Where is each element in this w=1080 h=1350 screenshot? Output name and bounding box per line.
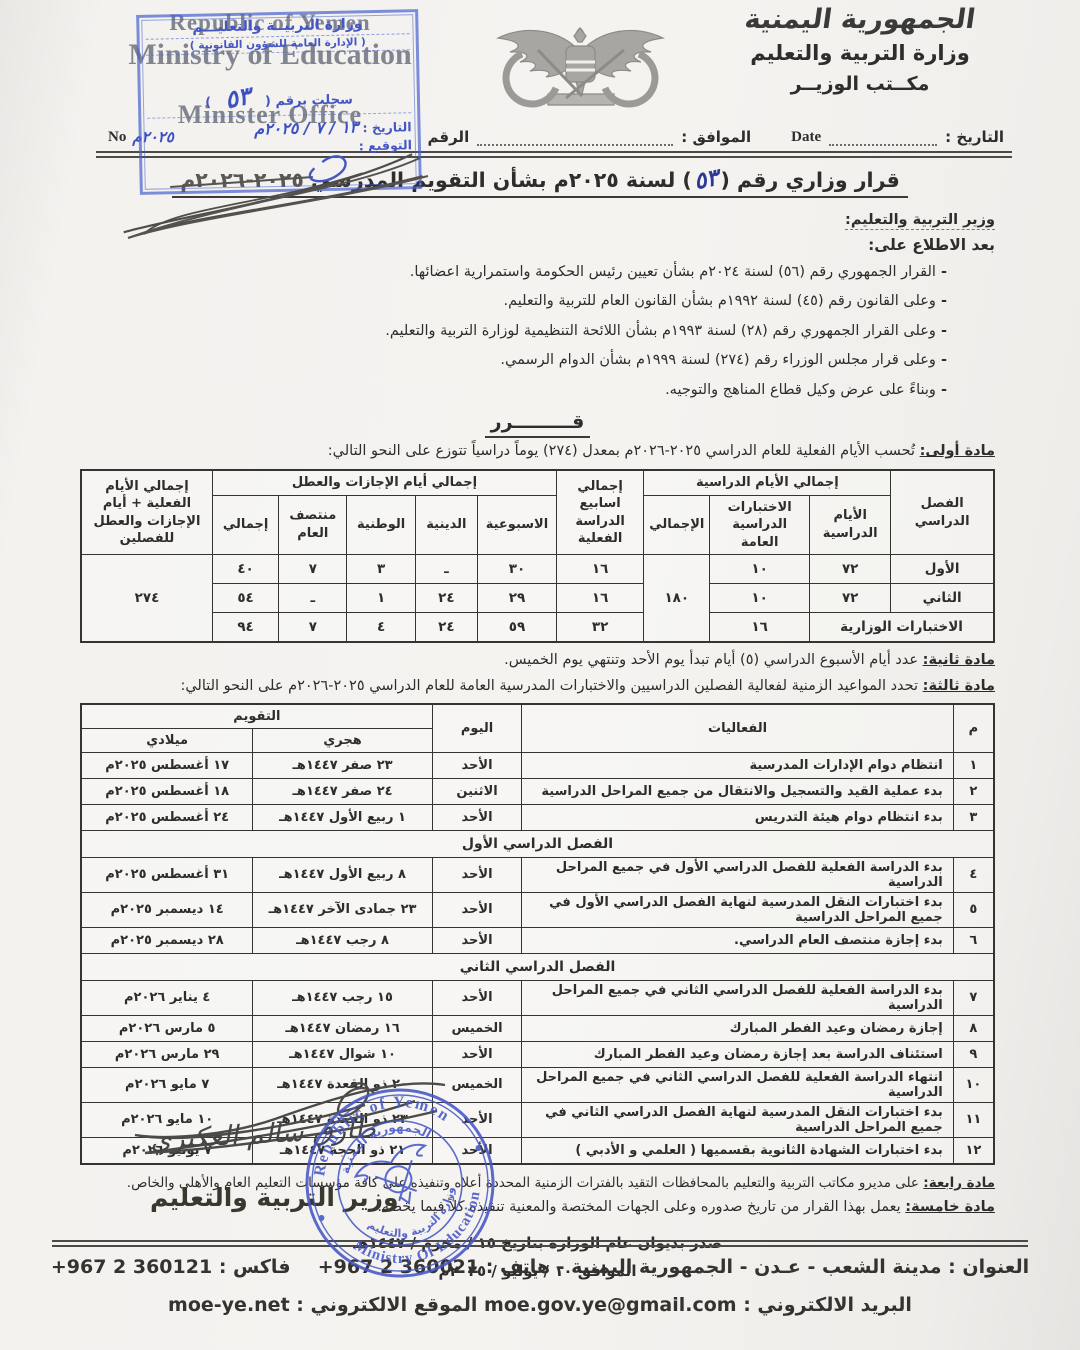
attendance-table: الفصل الدراسي إجمالي الأيام الدراسية إجم… (80, 469, 995, 643)
dateline-no-label: No (108, 129, 126, 146)
colgroup-calendar: التقويم (81, 704, 432, 729)
dateline-corresponding-dots (477, 130, 673, 146)
schedule-cell-num: ٦ (953, 927, 994, 953)
cell-religious: ـ (415, 555, 477, 584)
schedule-cell-hijri: ١ ربيع الأول ١٤٤٧هـ (253, 804, 432, 830)
schedule-cell-hijri: ٨ ربيع الأول ١٤٤٧هـ (253, 857, 432, 892)
cell-religious: ٢٤ (415, 584, 477, 613)
schedule-cell-day: الأحد (432, 892, 522, 927)
schedule-cell-hijri: ٢٣ صفر ١٤٤٧هـ (253, 752, 432, 778)
schedule-cell-num: ٧ (953, 980, 994, 1015)
schedule-cell-num: ٩ (953, 1041, 994, 1067)
dateline-date-dots (829, 130, 937, 146)
schedule-cell-greg: ١٧ أغسطس ٢٠٢٥م (81, 752, 253, 778)
col-num: م (953, 704, 994, 753)
minister-line: وزير التربية والتعليم: (845, 212, 995, 230)
cell-midyear: ٧ (279, 555, 347, 584)
cell-weeks: ٣٢ (556, 613, 643, 643)
col-grand-total: إجمالي الأيام الفعلية + أيام الإجازات وا… (81, 470, 212, 555)
colgroup-holidays: إجمالي أيام الإجازات والعطل (212, 470, 556, 495)
cell-grand-total: ٢٧٤ (81, 555, 212, 643)
cell-weekly: ٢٩ (477, 584, 556, 613)
schedule-section-label: الفصل الدراسي الأول (81, 830, 994, 857)
schedule-cell-hijri: ٢٣ جمادى الآخر ١٤٤٧هـ (253, 892, 432, 927)
attendance-header-row-1: الفصل الدراسي إجمالي الأيام الدراسية إجم… (81, 470, 994, 495)
attendance-header-row-2: الأيام الدراسية الاختبارات الدراسية العا… (81, 495, 994, 555)
registry-date-label: التاريخ : (362, 119, 411, 135)
schedule-row: ٩استئناف الدراسة بعد إجازة رمضان وعيد ال… (81, 1041, 994, 1067)
schedule-cell-num: ٤ (953, 857, 994, 892)
cell-midyear: ـ (279, 584, 347, 613)
schedule-cell-activity: انتظام دوام الإدارات المدرسية (522, 752, 953, 778)
schedule-cell-day: الاثنين (432, 778, 522, 804)
article-two: مادة ثانية: عدد أيام الأسبوع الدراسي (٥)… (80, 650, 995, 672)
schedule-cell-day: الأحد (432, 927, 522, 953)
schedule-header-row-1: م الفعاليات اليوم التقويم (81, 704, 994, 729)
cell-semesters-total: ١٨٠ (644, 555, 710, 643)
decree-number-handwritten: ٥٣ (691, 165, 721, 196)
cell-midyear: ٧ (279, 613, 347, 643)
schedule-row: ٣بدء انتظام دوام هيئة التدريسالأحد١ ربيع… (81, 804, 994, 830)
schedule-cell-num: ٢ (953, 778, 994, 804)
col-study-days: الأيام الدراسية (810, 495, 891, 555)
article-three: مادة ثالثة: تحدد المواعيد الزمنية لفعالي… (80, 676, 995, 698)
registry-stamp-date-line: التاريخ : ١٣ / ٧ / ٢٠٢٥م (147, 112, 411, 141)
col-religious: الدينية (415, 495, 477, 555)
schedule-row: ٢بدء عملية القيد والتسجيل والانتقال من ج… (81, 778, 994, 804)
schedule-row: ٧بدء الدراسة الفعلية للفصل الدراسي الثان… (81, 980, 994, 1015)
attendance-row-ministerial-exams: الاختبارات الوزارية ١٦ ٣٢ ٥٩ ٢٤ ٤ ٧ ٩٤ (81, 613, 994, 643)
cell-religious: ٢٤ (415, 613, 477, 643)
schedule-cell-num: ١ (953, 752, 994, 778)
schedule-cell-day: الأحد (432, 1041, 522, 1067)
registered-close: ) (205, 95, 211, 110)
cell-exams: ١٦ (710, 613, 810, 643)
article-two-label: مادة ثانية: (923, 652, 995, 668)
letterhead-arabic: الجمهورية اليمنية وزارة التربية والتعليم… (710, 4, 1010, 95)
col-holiday-total: إجمالي (212, 495, 278, 555)
review-item: القرار الجمهوري رقم (٥٦) لسنة ٢٠٢٤م بشأن… (80, 261, 947, 283)
col-national: الوطنية (347, 495, 415, 555)
cell-national: ٤ (347, 613, 415, 643)
letterhead-ministry-ar: وزارة التربية والتعليم (710, 41, 1010, 65)
pen-swoosh (110, 150, 440, 245)
cell-study: ٧٢ (810, 584, 891, 613)
col-activities: الفعاليات (522, 704, 953, 753)
col-study-total: الإجمالي (644, 495, 710, 555)
article-three-label: مادة ثالثة: (923, 678, 995, 694)
schedule-cell-activity: بدء عملية القيد والتسجيل والانتقال من جم… (522, 778, 953, 804)
footer-site: moe-ye.net (168, 1294, 290, 1316)
schedule-cell-greg: ٣١ أغسطس ٢٠٢٥م (81, 857, 253, 892)
schedule-cell-num: ٥ (953, 892, 994, 927)
cell-weeks: ١٦ (556, 555, 643, 584)
letterhead-country-ar: الجمهورية اليمنية (708, 4, 1012, 35)
article-one-text: تُحسب الأيام الفعلية للعام الدراسي ٢٠٢٥-… (328, 443, 915, 459)
footer-contact-line: البريد الالكتروني : moe.gov.ye@gmail.com… (0, 1294, 1080, 1316)
attendance-row-second-semester: الثاني ٧٢ ١٠ ١٦ ٢٩ ٢٤ ١ ـ ٥٤ (81, 584, 994, 613)
schedule-cell-greg: ٢٩ مارس ٢٠٢٦م (81, 1041, 253, 1067)
article-one: مادة أولى: تُحسب الأيام الفعلية للعام ال… (80, 441, 995, 463)
footer-site-label: الموقع الالكتروني : (296, 1294, 477, 1316)
cell-weekly: ٥٩ (477, 613, 556, 643)
cell-exams: ١٠ (710, 584, 810, 613)
schedule-cell-activity: إجازة رمضان وعيد الفطر المبارك (522, 1015, 953, 1041)
dateline-date-en: Date (791, 129, 821, 146)
round-stamp-eagle (353, 1140, 443, 1218)
col-general-exams: الاختبارات الدراسية العامة (710, 495, 810, 555)
decree-document: Republic of Yemen Ministry of Education … (0, 0, 1080, 1350)
footer-email: moe.gov.ye@gmail.com (484, 1294, 737, 1316)
colgroup-study-days: إجمالي الأيام الدراسية (644, 470, 891, 495)
article-one-label: مادة أولى: (920, 443, 995, 459)
review-item: وعلى قرار مجلس الوزراء رقم (٢٧٤) لسنة ١٩… (80, 349, 947, 371)
schedule-cell-day: الأحد (432, 857, 522, 892)
attendance-row-first-semester: الأول ٧٢ ١٠ ١٨٠ ١٦ ٣٠ ـ ٣ ٧ ٤٠ ٢٧٤ (81, 555, 994, 584)
schedule-row: ١انتظام دوام الإدارات المدرسيةالأحد٢٣ صف… (81, 752, 994, 778)
schedule-cell-hijri: ٨ رجب ١٤٤٧هـ (253, 927, 432, 953)
registered-label: سجلت برقم ( (265, 92, 353, 109)
cell-study: ٧٢ (810, 555, 891, 584)
dateline-date-label: التاريخ : (945, 128, 1004, 146)
schedule-row: ٥بدء اختبارات النقل المدرسية لنهاية الفص… (81, 892, 994, 927)
cell-weeks: ١٦ (556, 584, 643, 613)
col-day: اليوم (432, 704, 522, 753)
schedule-cell-day: الأحد (432, 980, 522, 1015)
schedule-cell-hijri: ١٦ رمضان ١٤٤٧هـ (253, 1015, 432, 1041)
schedule-section-row: الفصل الدراسي الثاني (81, 953, 994, 980)
cell-holiday-total: ٩٤ (212, 613, 278, 643)
signature-block: طارق سالم العكبري وزير التربية والتعليم … (0, 1075, 1080, 1275)
schedule-cell-activity: بدء الدراسة الفعلية للفصل الدراسي الأول … (522, 857, 953, 892)
cell-national: ٣ (347, 555, 415, 584)
registry-stamp-number-line: سجلت برقم (٥٣) (147, 80, 412, 114)
schedule-cell-activity: بدء إجازة منتصف العام الدراسي. (522, 927, 953, 953)
cell-exams: ١٠ (710, 555, 810, 584)
schedule-cell-activity: بدء الدراسة الفعلية للفصل الدراسي الثاني… (522, 980, 953, 1015)
review-item: وعلى القانون رقم (٤٥) لسنة ١٩٩٢م بشأن ال… (80, 290, 947, 312)
review-list: القرار الجمهوري رقم (٥٦) لسنة ٢٠٢٤م بشأن… (80, 261, 995, 401)
registry-date-handwritten: ١٣ / ٧ / ٢٠٢٥م (254, 117, 358, 138)
schedule-row: ٨إجازة رمضان وعيد الفطر المباركالخميس١٦ … (81, 1015, 994, 1041)
schedule-cell-hijri: ١٠ شوال ١٤٤٧هـ (253, 1041, 432, 1067)
footer-email-label: البريد الالكتروني : (743, 1294, 912, 1316)
letterhead-office-ar: مكــتب الوزيــر (710, 73, 1010, 95)
schedule-cell-greg: ٤ يناير ٢٠٢٦م (81, 980, 253, 1015)
cell-weekly: ٣٠ (477, 555, 556, 584)
cell-holiday-total: ٥٤ (212, 584, 278, 613)
schedule-cell-day: الخميس (432, 1015, 522, 1041)
col-gregorian: ميلادي (81, 728, 253, 752)
schedule-cell-greg: ٢٨ ديسمبر ٢٠٢٥م (81, 927, 253, 953)
schedule-cell-activity: بدء اختبارات النقل المدرسية لنهاية الفصل… (522, 892, 953, 927)
article-three-text: تحدد المواعيد الزمنية لفعالية الفصلين ال… (180, 678, 918, 694)
schedule-row: ٤بدء الدراسة الفعلية للفصل الدراسي الأول… (81, 857, 994, 892)
schedule-cell-day: الأحد (432, 752, 522, 778)
schedule-cell-activity: استئناف الدراسة بعد إجازة رمضان وعيد الف… (522, 1041, 953, 1067)
ministry-round-stamp: Republic of Yemen Ministry Of Education … (300, 1083, 500, 1283)
schedule-section-row: الفصل الدراسي الأول (81, 830, 994, 857)
decree-title-prefix: قرار وزاري رقم ( (721, 168, 900, 192)
article-two-text: عدد أيام الأسبوع الدراسي (٥) أيام تبدأ ي… (504, 652, 918, 668)
cell-holiday-total: ٤٠ (212, 555, 278, 584)
col-weeks: إجمالي اسابيع الدراسة الفعلية (556, 470, 643, 555)
yemen-eagle-emblem (478, 10, 683, 128)
dateline-corresponding-label: الموافق : (681, 128, 751, 146)
schedule-cell-greg: ١٤ ديسمبر ٢٠٢٥م (81, 892, 253, 927)
schedule-cell-day: الأحد (432, 804, 522, 830)
registered-number-handwritten: ٥٣ (223, 82, 254, 114)
schedule-cell-activity: بدء انتظام دوام هيئة التدريس (522, 804, 953, 830)
schedule-cell-hijri: ١٥ رجب ١٤٤٧هـ (253, 980, 432, 1015)
schedule-row: ٦بدء إجازة منتصف العام الدراسي.الأحد٨ رج… (81, 927, 994, 953)
cell-national: ١ (347, 584, 415, 613)
decided-word: قـــــــــرر (485, 411, 591, 438)
schedule-cell-greg: ٥ مارس ٢٠٢٦م (81, 1015, 253, 1041)
col-hijri: هجري (253, 728, 432, 752)
col-midyear: منتصف العام (279, 495, 347, 555)
schedule-section-label: الفصل الدراسي الثاني (81, 953, 994, 980)
schedule-cell-greg: ١٨ أغسطس ٢٠٢٥م (81, 778, 253, 804)
schedule-cell-num: ٣ (953, 804, 994, 830)
col-semester: الفصل الدراسي (891, 470, 994, 555)
review-item: وبناءً على عرض وكيل قطاع المناهج والتوجي… (80, 379, 947, 401)
cell-semester: الأول (891, 555, 994, 584)
review-item: وعلى القرار الجمهوري رقم (٢٨) لسنة ١٩٩٣م… (80, 320, 947, 342)
schedule-cell-hijri: ٢٤ صفر ١٤٤٧هـ (253, 778, 432, 804)
col-weekly: الاسبوعية (477, 495, 556, 555)
decided-heading: قـــــــــرر (80, 411, 995, 433)
schedule-cell-greg: ٢٤ أغسطس ٢٠٢٥م (81, 804, 253, 830)
cell-semester: الاختبارات الوزارية (810, 613, 994, 643)
schedule-cell-num: ٨ (953, 1015, 994, 1041)
cell-semester: الثاني (891, 584, 994, 613)
